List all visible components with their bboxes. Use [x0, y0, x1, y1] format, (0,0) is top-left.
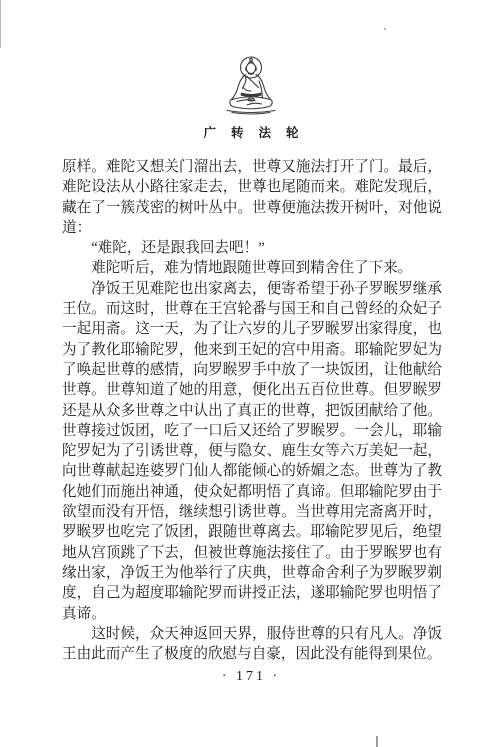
paragraph: 原样。难陀又想关门溜出去，世尊又施法打开了门。最后，难陀设法从小路往家走去，世尊… — [62, 157, 442, 238]
paragraph: “难陀，还是跟我回去吧！” — [62, 238, 442, 258]
paragraph: 净饭王见难陀也出家离去，便寄希望于孙子罗睺罗继承王位。而这时，世尊在王宫轮番与国… — [62, 279, 442, 624]
scan-artifact-dot — [384, 28, 386, 30]
chapter-headpiece: 广转法轮 — [0, 54, 502, 141]
page-number: · 171 · — [0, 669, 502, 685]
paragraph: 难陀听后，难为情地跟随世尊回到精舍住了下来。 — [62, 258, 442, 278]
paragraph: 这时候，众天神返回天界，服侍世尊的只有凡人。净饭王由此而产生了极度的欣慰与自豪，… — [62, 624, 442, 665]
book-page: 广转法轮 原样。难陀又想关门溜出去，世尊又施法打开了门。最后，难陀设法从小路往家… — [0, 0, 502, 747]
scan-artifact-bottom-tick — [376, 736, 378, 747]
chapter-title: 广转法轮 — [0, 123, 502, 141]
page-body: 原样。难陀又想关门溜出去，世尊又施法打开了门。最后，难陀设法从小路往家走去，世尊… — [62, 157, 442, 664]
scan-artifact-left-edge — [0, 0, 1, 48]
buddha-illustration-icon — [220, 54, 282, 118]
